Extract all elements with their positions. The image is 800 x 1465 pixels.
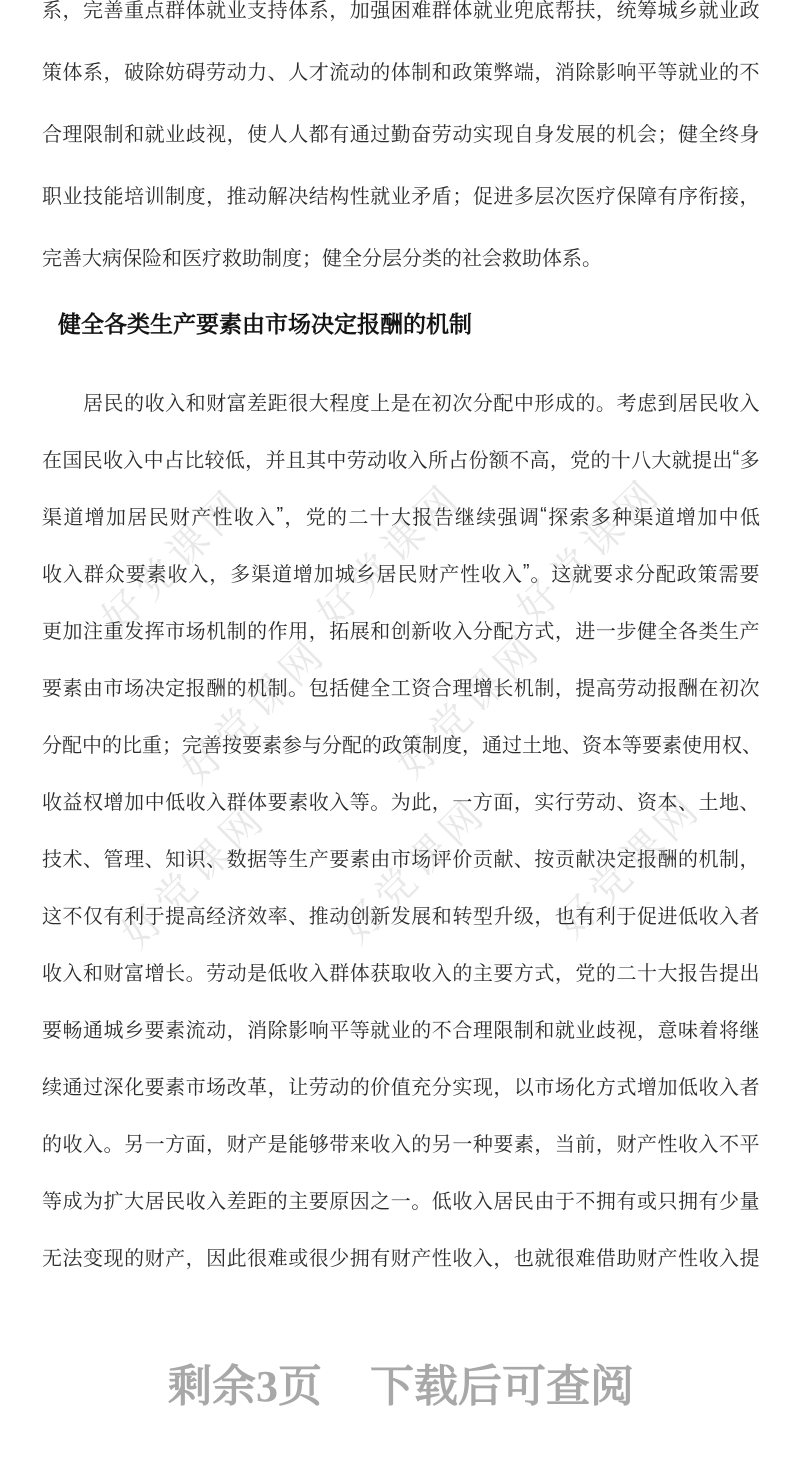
text-line: 这不仅有利于提高经济效率、推动创新发展和转型升级，也有利于促进低收入者 bbox=[42, 886, 760, 943]
text-line: 等成为扩大居民收入差距的主要原因之一。低收入居民由于不拥有或只拥有少量 bbox=[42, 1171, 760, 1228]
text-line: 收益权增加中低收入群体要素收入等。为此，一方面，实行劳动、资本、土地、 bbox=[42, 772, 760, 829]
text-line: 职业技能培训制度，推动解决结构性就业矛盾；促进多层次医疗保障有序衔接， bbox=[42, 163, 760, 225]
text-line: 要畅通城乡要素流动，消除影响平等就业的不合理限制和就业歧视，意味着将继 bbox=[42, 1000, 760, 1057]
remaining-pages-note: 剩余3页下载后可查阅 bbox=[42, 1357, 760, 1417]
text-line: 收入群众要素收入，多渠道增加城乡居民财产性收入”。这就要求分配政策需要 bbox=[42, 544, 760, 601]
paragraph-income-distribution: 居民的收入和财富差距很大程度上是在初次分配中形成的。考虑到居民收入在国民收入中占… bbox=[42, 373, 760, 1285]
text-line: 续通过深化要素市场改革，让劳动的价值充分实现，以市场化方式增加低收入者 bbox=[42, 1057, 760, 1114]
text-line: 要素由市场决定报酬的机制。包括健全工资合理增长机制，提高劳动报酬在初次 bbox=[42, 658, 760, 715]
text-line: 分配中的比重；完善按要素参与分配的政策制度，通过土地、资本等要素使用权、 bbox=[42, 715, 760, 772]
text-line: 渠道增加居民财产性收入”，党的二十大报告继续强调“探索多种渠道增加中低 bbox=[42, 487, 760, 544]
download-to-view-note: 下载后可查阅 bbox=[370, 1362, 634, 1411]
document-body: 系，完善重点群体就业支持体系，加强困难群体就业兜底帮扶，统筹城乡就业政策体系，破… bbox=[42, 0, 760, 1417]
text-line: 完善大病保险和医疗救助制度；健全分层分类的社会救助体系。 bbox=[42, 225, 760, 287]
text-line: 策体系，破除妨碍劳动力、人才流动的体制和政策弊端，消除影响平等就业的不 bbox=[42, 39, 760, 101]
paragraph-employment-policy: 系，完善重点群体就业支持体系，加强困难群体就业兜底帮扶，统筹城乡就业政策体系，破… bbox=[42, 0, 760, 287]
text-line: 的收入。另一方面，财产是能够带来收入的另一种要素，当前，财产性收入不平 bbox=[42, 1114, 760, 1171]
text-line: 在国民收入中占比较低，并且其中劳动收入所占份额不高，党的十八大就提出“多 bbox=[42, 430, 760, 487]
text-line: 合理限制和就业歧视，使人人都有通过勤奋劳动实现自身发展的机会；健全终身 bbox=[42, 101, 760, 163]
document-page: { "document": { "watermark_text": "好党课网"… bbox=[0, 0, 800, 1465]
text-line: 无法变现的财产，因此很难或很少拥有财产性收入，也就很难借助财产性收入提 bbox=[42, 1228, 760, 1285]
text-line: 更加注重发挥市场机制的作用，拓展和创新收入分配方式，进一步健全各类生产 bbox=[42, 601, 760, 658]
text-line: 居民的收入和财富差距很大程度上是在初次分配中形成的。考虑到居民收入 bbox=[42, 373, 760, 430]
section-heading: 健全各类生产要素由市场决定报酬的机制 bbox=[42, 303, 760, 345]
remaining-pages-count: 剩余3页 bbox=[168, 1362, 322, 1411]
text-line: 技术、管理、知识、数据等生产要素由市场评价贡献、按贡献决定报酬的机制， bbox=[42, 829, 760, 886]
text-line: 系，完善重点群体就业支持体系，加强困难群体就业兜底帮扶，统筹城乡就业政 bbox=[42, 0, 760, 39]
text-line: 收入和财富增长。劳动是低收入群体获取收入的主要方式，党的二十大报告提出 bbox=[42, 943, 760, 1000]
